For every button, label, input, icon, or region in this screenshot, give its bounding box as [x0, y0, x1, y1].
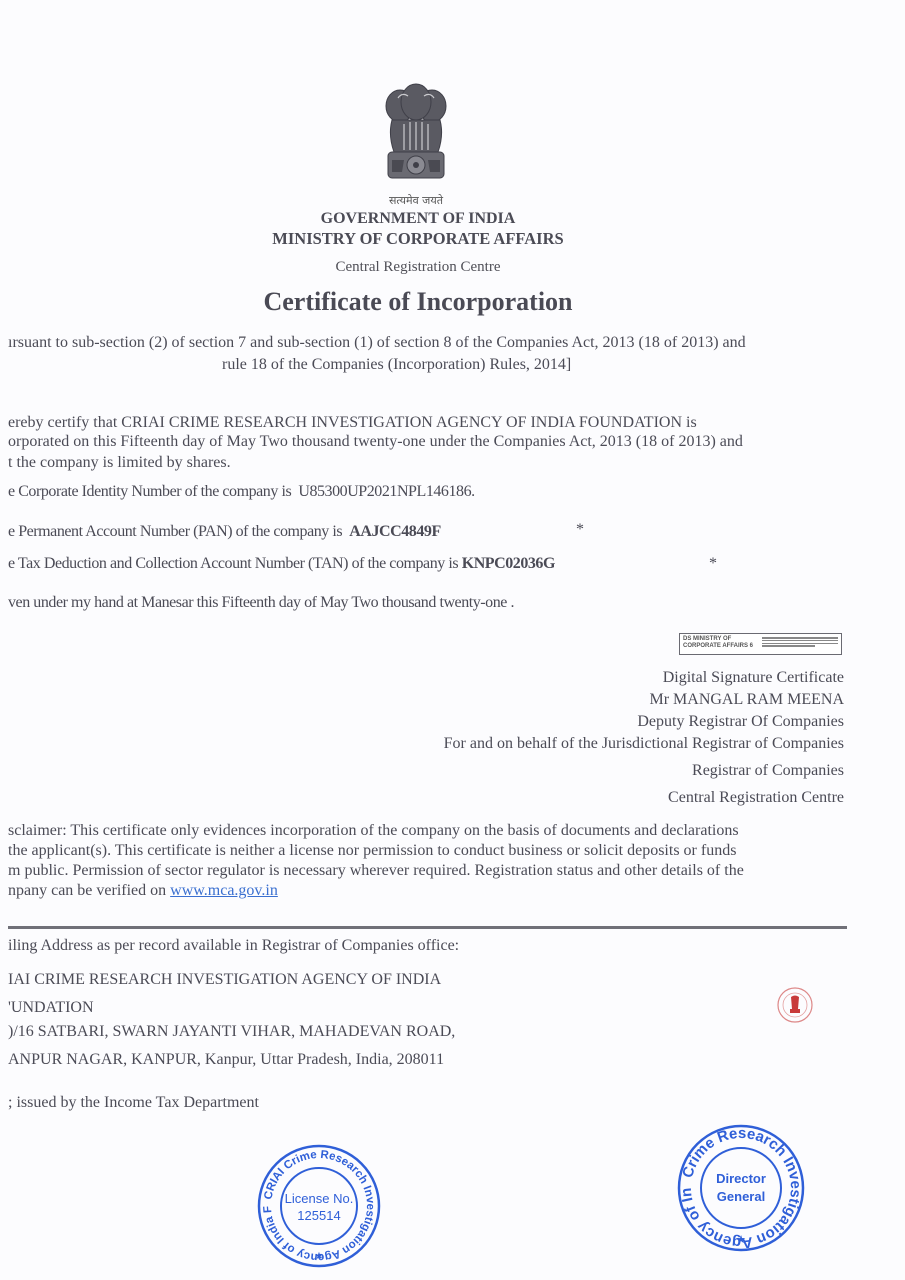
pan-row: e Permanent Account Number (PAN) of the … [8, 523, 441, 541]
ds-box-fine-print [762, 637, 838, 648]
svg-text:125514: 125514 [297, 1208, 340, 1223]
office-name: Central Registration Centre [0, 259, 836, 276]
disclaimer-line-1: sclaimer: This certificate only evidence… [8, 822, 739, 840]
address-line-4: ANPUR NAGAR, KANPUR, Kanpur, Uttar Prade… [8, 1051, 444, 1069]
preamble-line-2: rule 18 of the Companies (Incorporation)… [222, 356, 571, 374]
svg-text:Director: Director [716, 1171, 766, 1186]
cin-label: e Corporate Identity Number of the compa… [8, 483, 291, 500]
ministry-heading: MINISTRY OF CORPORATE AFFAIRS [0, 229, 836, 249]
preamble-line-1: ırsuant to sub-section (2) of section 7 … [8, 334, 746, 352]
license-seal: CRIAI Crime Research Investigation Agenc… [256, 1143, 382, 1269]
roc-seal-icon [775, 985, 815, 1025]
signature-line-3: Deputy Registrar Of Companies [637, 713, 844, 731]
address-heading: iling Address as per record available in… [8, 937, 459, 955]
certify-line-1: ereby certify that CRIAI CRIME RESEARCH … [8, 414, 697, 432]
svg-text:★: ★ [315, 1251, 324, 1262]
digital-signature-box: DS MINISTRY OF CORPORATE AFFAIRS 6 [679, 633, 842, 655]
tan-asterisk: * [709, 555, 717, 573]
divider [8, 926, 847, 929]
motto: सत्यमेव जयते [356, 193, 476, 208]
government-heading: GOVERNMENT OF INDIA [0, 210, 836, 228]
tan-label: e Tax Deduction and Collection Account N… [8, 555, 458, 572]
pan-label: e Permanent Account Number (PAN) of the … [8, 523, 342, 540]
signature-line-6: Central Registration Centre [668, 789, 844, 807]
page-title: Certificate of Incorporation [0, 287, 836, 317]
disclaimer-line-2: the applicant(s). This certificate is ne… [8, 842, 736, 860]
disclaimer-verify-text: npany can be verified on [8, 882, 166, 899]
svg-text:License No.: License No. [285, 1191, 354, 1206]
signature-line-5: Registrar of Companies [692, 762, 844, 780]
certify-line-2: orporated on this Fifteenth day of May T… [8, 433, 743, 451]
svg-text:General: General [717, 1189, 765, 1204]
address-line-1: IAI CRIME RESEARCH INVESTIGATION AGENCY … [8, 971, 441, 989]
signature-line-1: Digital Signature Certificate [663, 669, 844, 687]
given-under-line: ven under my hand at Manesar this Fiftee… [8, 594, 514, 612]
director-general-seal: Crime Research Investigation Agency of I… [676, 1123, 806, 1253]
certify-line-3: t the company is limited by shares. [8, 454, 231, 472]
disclaimer-line-3: m public. Permission of sector regulator… [8, 862, 744, 880]
address-line-3: )/16 SATBARI, SWARN JAYANTI VIHAR, MAHAD… [8, 1023, 455, 1041]
pan-asterisk: * [576, 521, 584, 539]
tan-value: KNPC02036G [462, 555, 555, 572]
pan-value: AAJCC4849F [349, 523, 441, 540]
mca-website-link[interactable]: www.mca.gov.in [170, 882, 278, 899]
cin-value: U85300UP2021NPL146186. [298, 483, 474, 500]
svg-text:Crime Research Investigation A: Crime Research Investigation Agency of I… [676, 1123, 804, 1251]
address-line-2: 'UNDATION [8, 999, 94, 1017]
national-emblem-icon [378, 80, 454, 192]
disclaimer-line-4: npany can be verified on www.mca.gov.in [8, 882, 278, 900]
tan-row: e Tax Deduction and Collection Account N… [8, 555, 555, 573]
signature-line-4: For and on behalf of the Jurisdictional … [444, 735, 844, 753]
ds-box-label: DS MINISTRY OF CORPORATE AFFAIRS 6 [683, 636, 758, 650]
signature-line-2: Mr MANGAL RAM MEENA [649, 691, 844, 709]
svg-text:★: ★ [736, 1233, 746, 1246]
address-footnote: ; issued by the Income Tax Department [8, 1094, 259, 1112]
cin-row: e Corporate Identity Number of the compa… [8, 483, 475, 501]
